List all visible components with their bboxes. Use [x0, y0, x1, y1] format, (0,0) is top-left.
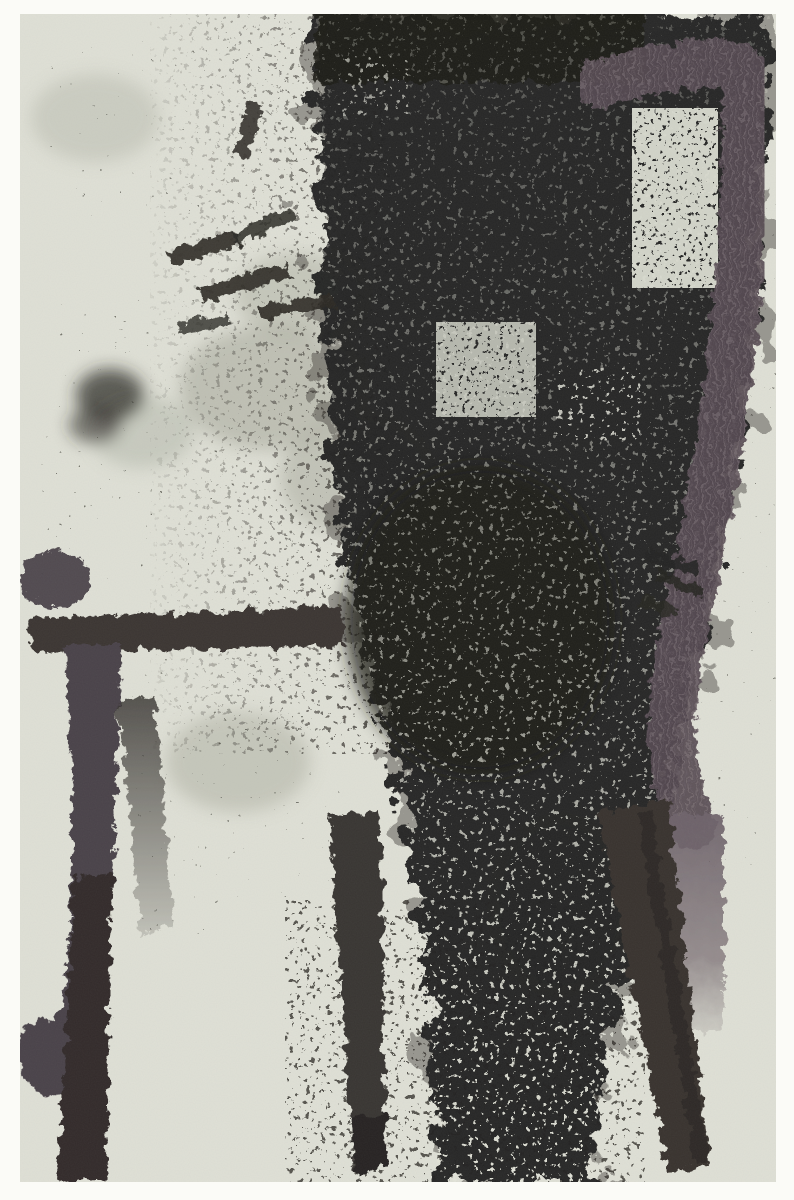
artwork-canvas [0, 0, 794, 1200]
artwork-page [0, 0, 794, 1200]
artwork-layers [3, 10, 776, 1182]
halftone-grain-overlay [20, 14, 776, 1182]
